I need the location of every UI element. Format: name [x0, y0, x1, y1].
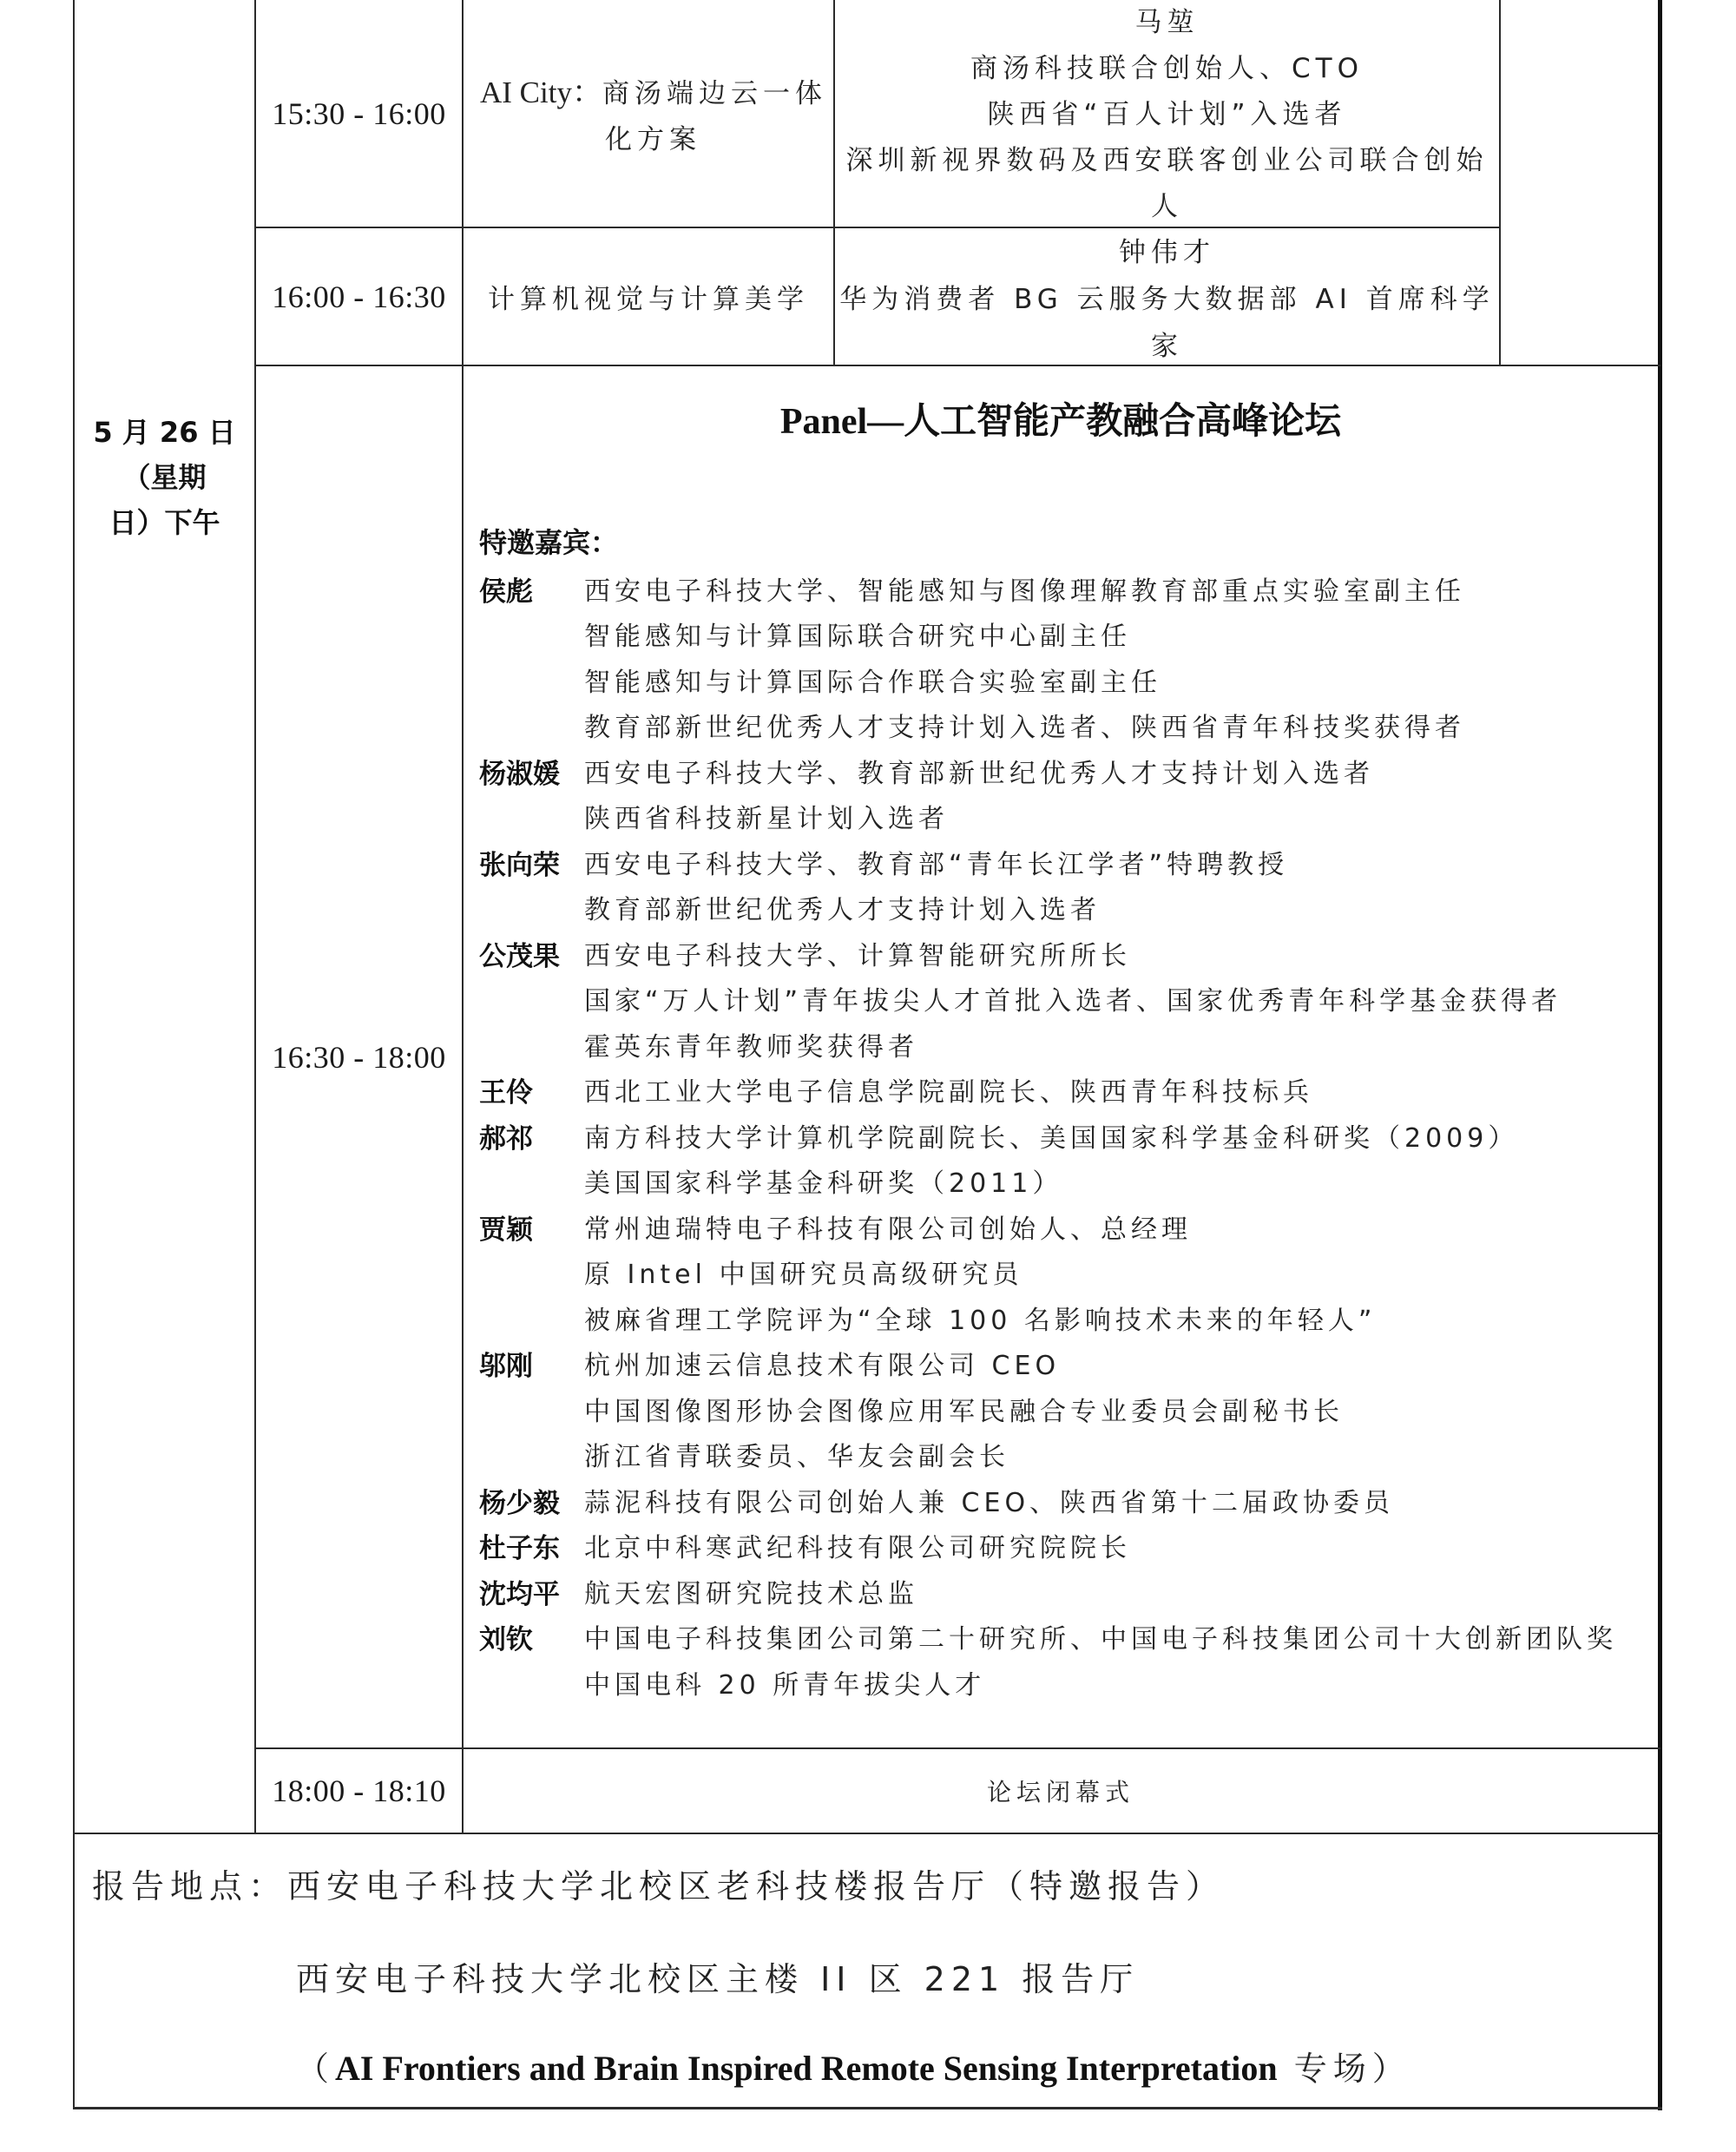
location-label: 报告地点： [92, 1867, 287, 1905]
guests-label: 特邀嘉宾： [479, 521, 618, 561]
session-speaker: 钟伟才 华为消费者 BG 云服务大数据部 AI 首席科学家 [835, 228, 1499, 371]
guest-desc: 杭州加速云信息技术有限公司 CEO [584, 1344, 1060, 1382]
location-venue-2: 西安电子科技大学北校区主楼 II 区 221 报告厅 [296, 1952, 1139, 2000]
speaker-title: 陕西省“百人计划”入选者 [987, 92, 1346, 138]
guest-name: 公茂果 [479, 934, 584, 973]
paren-open: （ [296, 2050, 335, 2088]
guest-desc: 教育部新世纪优秀人才支持计划入选者、陕西省青年科技奖获得者 [584, 706, 1465, 744]
guest-desc: 智能感知与计算国际联合研究中心副主任 [584, 615, 1131, 653]
date-line: 日）下午 [108, 500, 220, 545]
guest-row: 贾颖常州迪瑞特电子科技有限公司创始人、总经理 [479, 1204, 1192, 1249]
guest-desc: 原 Intel 中国研究员高级研究员 [584, 1253, 1023, 1291]
panel-time: 16:30 - 18:00 [256, 366, 462, 1747]
guest-row: 刘钦中国电子科技集团公司第二十研究所、中国电子科技集团公司十大创新团队奖 [479, 1614, 1617, 1659]
row-divider-4 [73, 1833, 1660, 1834]
guest-row: 美国国家科学基金科研奖（2011） [479, 1158, 1062, 1203]
location-line-3: （AI Frontiers and Brain Inspired Remote … [296, 2042, 1411, 2089]
guest-name: 沈均平 [479, 1572, 584, 1611]
guest-desc: 航天宏图研究院技术总监 [584, 1572, 918, 1610]
guest-desc: 常州迪瑞特电子科技有限公司创始人、总经理 [584, 1208, 1192, 1246]
speaker-name: 钟伟才 [1119, 229, 1215, 276]
speaker-title: 商汤科技联合创始人、CTO [970, 46, 1364, 92]
guest-name: 邬刚 [479, 1344, 584, 1383]
guest-row: 陕西省科技新星计划入选者 [479, 793, 949, 839]
guest-name: 杨少毅 [479, 1481, 584, 1520]
table-border-left [73, 0, 75, 2109]
guest-name: 贾颖 [479, 1208, 584, 1247]
guest-row: 被麻省理工学院评为“全球 100 名影响技术未来的年轻人” [479, 1295, 1376, 1340]
guest-row: 邬刚杭州加速云信息技术有限公司 CEO [479, 1340, 1060, 1385]
session-time: 15:30 - 16:00 [256, 0, 462, 227]
guest-row: 中国图像图形协会图像应用军民融合专业委员会副秘书长 [479, 1386, 1344, 1431]
guest-row: 中国电科 20 所青年拔尖人才 [479, 1660, 985, 1705]
guest-desc: 中国图像图形协会图像应用军民融合专业委员会副秘书长 [584, 1390, 1344, 1428]
guest-name: 杜子东 [479, 1526, 584, 1565]
topic-line: AI City：商汤端边云一体 [480, 69, 827, 117]
session-name-en: AI Frontiers and Brain Inspired Remote S… [335, 2049, 1278, 2088]
guest-name: 郝祁 [479, 1116, 584, 1155]
guest-row: 杨少毅蒜泥科技有限公司创始人兼 CEO、陕西省第十二届政协委员 [479, 1477, 1394, 1523]
date-cell: 5 月 26 日 （星期 日）下午 [75, 408, 254, 547]
date-line: （星期 [122, 455, 206, 500]
guest-row: 智能感知与计算国际联合研究中心副主任 [479, 611, 1131, 656]
guest-desc: 蒜泥科技有限公司创始人兼 CEO、陕西省第十二届政协委员 [584, 1481, 1394, 1519]
guest-row: 智能感知与计算国际合作联合实验室副主任 [479, 657, 1161, 702]
guest-desc: 美国国家科学基金科研奖（2011） [584, 1162, 1062, 1200]
guest-desc: 陕西省科技新星计划入选者 [584, 797, 949, 835]
guest-desc: 西安电子科技大学、计算智能研究所所长 [584, 934, 1131, 972]
guest-row: 原 Intel 中国研究员高级研究员 [479, 1249, 1023, 1294]
guest-name: 张向荣 [479, 843, 584, 882]
guest-row: 公茂果西安电子科技大学、计算智能研究所所长 [479, 931, 1131, 976]
guest-desc: 西安电子科技大学、智能感知与图像理解教育部重点实验室副主任 [584, 569, 1465, 608]
guest-desc: 西安电子科技大学、教育部“青年长江学者”特聘教授 [584, 843, 1288, 881]
topic-prefix: AI City： [480, 76, 602, 109]
guest-row: 杜子东北京中科寒武纪科技有限公司研究院院长 [479, 1523, 1131, 1568]
guest-desc: 浙江省青联委员、华友会副会长 [584, 1435, 1009, 1473]
guest-row: 沈均平航天宏图研究院技术总监 [479, 1569, 918, 1614]
table-border-right [1658, 0, 1662, 2110]
panel-title: Panel—人工智能产教融合高峰论坛 [464, 392, 1658, 444]
guest-row: 杨淑媛西安电子科技大学、教育部新世纪优秀人才支持计划入选者 [479, 748, 1374, 793]
session-time: 16:00 - 16:30 [256, 228, 462, 365]
guest-desc: 国家“万人计划”青年拔尖人才首批入选者、国家优秀青年科学基金获得者 [584, 979, 1562, 1017]
guest-row: 教育部新世纪优秀人才支持计划入选者、陕西省青年科技奖获得者 [479, 702, 1465, 747]
guest-desc: 北京中科寒武纪科技有限公司研究院院长 [584, 1526, 1131, 1564]
guest-name: 刘钦 [479, 1617, 584, 1656]
session-suffix: 专场） [1278, 2050, 1411, 2088]
guest-row: 浙江省青联委员、华友会副会长 [479, 1431, 1009, 1477]
guest-desc: 教育部新世纪优秀人才支持计划入选者 [584, 888, 1101, 926]
table-border-bottom [73, 2107, 1662, 2109]
guest-desc: 中国电子科技集团公司第二十研究所、中国电子科技集团公司十大创新团队奖 [584, 1617, 1617, 1655]
col-divider-speaker [1499, 0, 1501, 366]
guest-name: 王伶 [479, 1070, 584, 1109]
closing-label: 论坛闭幕式 [464, 1749, 1658, 1833]
session-topic: AI City：商汤端边云一体 化方案 [480, 69, 827, 163]
speaker-title: 人 [1151, 184, 1183, 230]
location-venue-1: 西安电子科技大学北校区老科技楼报告厅（特邀报告） [287, 1867, 1225, 1905]
session-speaker: 马堃 商汤科技联合创始人、CTO 陕西省“百人计划”入选者 深圳新视界数码及西安… [835, 0, 1499, 230]
guest-row: 国家“万人计划”青年拔尖人才首批入选者、国家优秀青年科学基金获得者 [479, 976, 1562, 1021]
guest-name: 杨淑媛 [479, 752, 584, 791]
guest-row: 侯彪西安电子科技大学、智能感知与图像理解教育部重点实验室副主任 [479, 566, 1465, 611]
guest-row: 霍英东青年教师奖获得者 [479, 1022, 918, 1067]
guest-row: 郝祁南方科技大学计算机学院副院长、美国国家科学基金科研奖（2009） [479, 1113, 1518, 1158]
date-line: 5 月 26 日 [93, 410, 235, 455]
topic-line: 化方案 [480, 117, 827, 163]
guest-row: 教育部新世纪优秀人才支持计划入选者 [479, 885, 1101, 930]
guest-desc: 霍英东青年教师奖获得者 [584, 1025, 918, 1063]
topic-text: 商汤端边云一体 [602, 78, 827, 109]
speaker-title: 华为消费者 BG 云服务大数据部 AI 首席科学家 [835, 276, 1499, 370]
guest-desc: 智能感知与计算国际合作联合实验室副主任 [584, 661, 1161, 699]
guest-row: 张向荣西安电子科技大学、教育部“青年长江学者”特聘教授 [479, 839, 1288, 885]
guest-desc: 被麻省理工学院评为“全球 100 名影响技术未来的年轻人” [584, 1299, 1376, 1337]
speaker-title: 深圳新视界数码及西安联客创业公司联合创始 [846, 138, 1489, 184]
speaker-name: 马堃 [1135, 0, 1200, 46]
guest-desc: 中国电科 20 所青年拔尖人才 [584, 1663, 985, 1701]
guest-row: 王伶西北工业大学电子信息学院副院长、陕西青年科技标兵 [479, 1067, 1313, 1112]
session-topic: 计算机视觉与计算美学 [464, 228, 833, 365]
guest-desc: 西安电子科技大学、教育部新世纪优秀人才支持计划入选者 [584, 752, 1374, 790]
guest-name: 侯彪 [479, 569, 584, 609]
location-line-1: 报告地点：西安电子科技大学北校区老科技楼报告厅（特邀报告） [92, 1859, 1225, 1907]
guest-desc: 西北工业大学电子信息学院副院长、陕西青年科技标兵 [584, 1070, 1313, 1109]
guest-desc: 南方科技大学计算机学院副院长、美国国家科学基金科研奖（2009） [584, 1116, 1518, 1155]
closing-time: 18:00 - 18:10 [256, 1749, 462, 1833]
